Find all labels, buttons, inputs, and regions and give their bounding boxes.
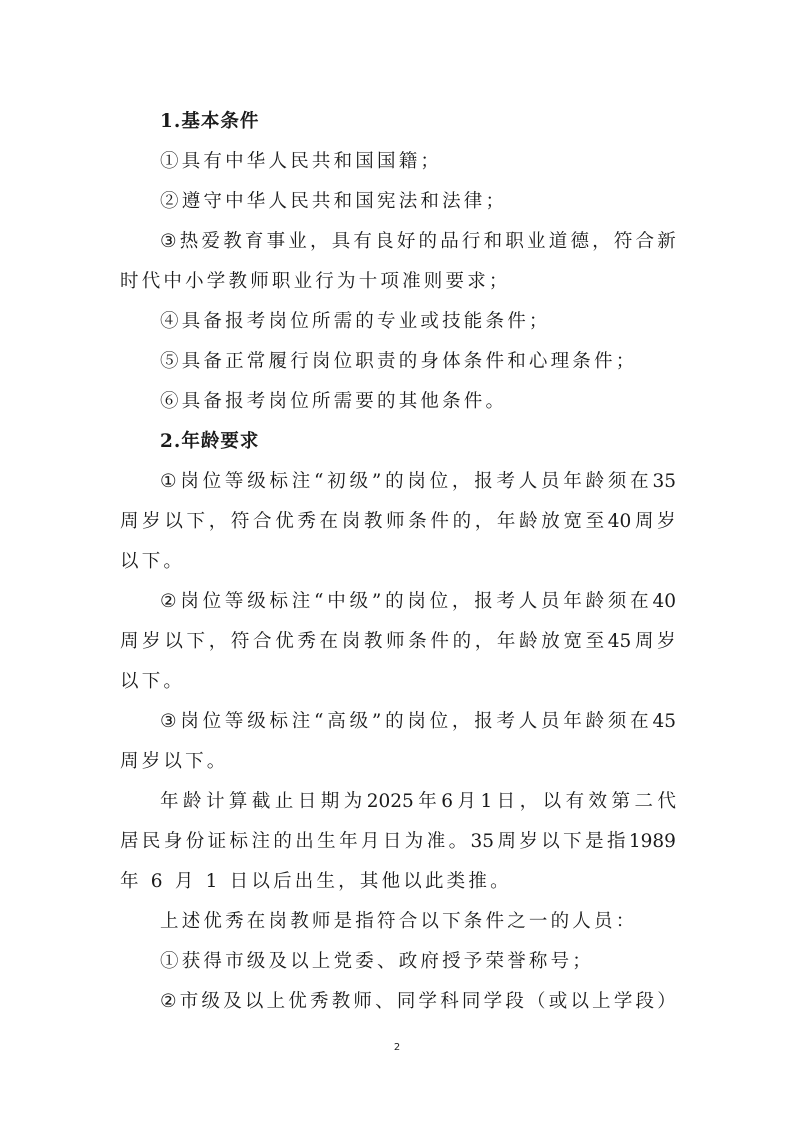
section-heading-basic-conditions: 1.基本条件	[120, 102, 676, 142]
paragraph-line: 周岁以下，符合优秀在岗教师条件的，年龄放宽至45周岁	[120, 622, 676, 662]
paragraph-line: ⑤具备正常履行岗位职责的身体条件和心理条件；	[120, 342, 676, 382]
paragraph-line: ①具有中华人民共和国国籍；	[120, 142, 676, 182]
paragraph-line: 年 6 月 1 日以后出生，其他以此类推。	[120, 862, 676, 902]
paragraph-line: 以下。	[120, 542, 676, 582]
paragraph-line: 年龄计算截止日期为2025年6月1日，以有效第二代	[120, 782, 676, 822]
paragraph-line: ②岗位等级标注“中级”的岗位，报考人员年龄须在40	[120, 582, 676, 622]
paragraph-line: ③热爱教育事业，具有良好的品行和职业道德，符合新	[120, 222, 676, 262]
document-page: 1.基本条件 ①具有中华人民共和国国籍； ②遵守中华人民共和国宪法和法律； ③热…	[120, 102, 676, 1022]
paragraph-line: ④具备报考岗位所需的专业或技能条件；	[120, 302, 676, 342]
paragraph-line: 以下。	[120, 662, 676, 702]
paragraph-line: 周岁以下。	[120, 742, 676, 782]
paragraph-line: ②遵守中华人民共和国宪法和法律；	[120, 182, 676, 222]
paragraph-line: 时代中小学教师职业行为十项准则要求；	[120, 262, 676, 302]
paragraph-line: 周岁以下，符合优秀在岗教师条件的，年龄放宽至40周岁	[120, 502, 676, 542]
paragraph-line: ③岗位等级标注“高级”的岗位，报考人员年龄须在45	[120, 702, 676, 742]
paragraph-line: ①获得市级及以上党委、政府授予荣誉称号；	[120, 942, 676, 982]
section-heading-age-requirement: 2.年龄要求	[120, 422, 676, 462]
paragraph-line: 居民身份证标注的出生年月日为准。35周岁以下是指1989	[120, 822, 676, 862]
paragraph-line: ①岗位等级标注“初级”的岗位，报考人员年龄须在35	[120, 462, 676, 502]
paragraph-line: ②市级及以上优秀教师、同学科同学段（或以上学段）	[120, 982, 676, 1022]
paragraph-line: ⑥具备报考岗位所需要的其他条件。	[120, 382, 676, 422]
page-number: 2	[0, 1042, 794, 1053]
paragraph-line: 上述优秀在岗教师是指符合以下条件之一的人员：	[120, 902, 676, 942]
